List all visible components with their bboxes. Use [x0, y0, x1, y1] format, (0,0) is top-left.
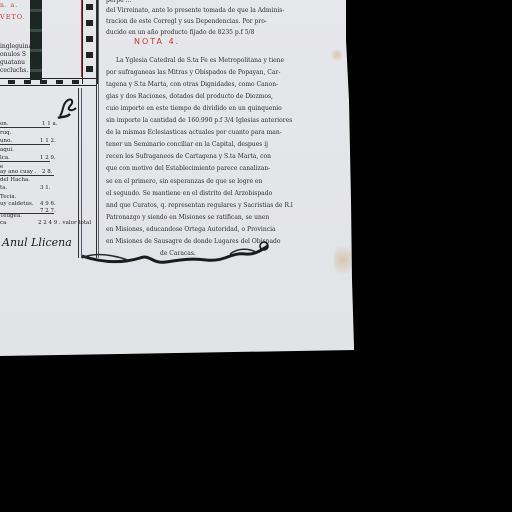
scroll-ornament-icon: [80, 236, 275, 266]
map-text: onulos S: [0, 52, 26, 58]
text-line: tagena y S.ta Marta, con otras Dignidade…: [106, 82, 278, 88]
document-paper: n. a. VETO. ingleguina. onulos S guatanu…: [0, 0, 512, 512]
column-rule: [96, 0, 97, 258]
text-line: en Misiones, educandose Ortega Autoridad…: [106, 227, 276, 233]
paper-edge-discoloration: [498, 0, 512, 512]
text-line: que con motivo del Establecimiento parec…: [106, 166, 270, 172]
table-row-label: del Hacha.: [0, 177, 30, 183]
map-border-bottom: [0, 78, 96, 86]
nota-heading: NOTA 4.: [134, 37, 180, 46]
text-line: recen los Sufraganeos de Cartagena y S.t…: [106, 154, 271, 160]
text-line: de la mismas Eclesiasticas actuales por …: [106, 130, 282, 136]
text-line: el segundo. Se mantiene en el distrito d…: [106, 191, 272, 197]
column-rule: [78, 88, 79, 258]
table-row-value: 2 2 4 9 . valor total: [38, 220, 91, 226]
text-line: perpe ...: [106, 0, 131, 4]
foxing-stain: [334, 240, 352, 280]
table-rule: [0, 175, 54, 176]
map-border-black: [30, 0, 42, 80]
table-rule: [0, 144, 50, 145]
text-line: cuio importe en este tiempo de dividido …: [106, 106, 282, 112]
map-text: guatanu: [0, 60, 25, 66]
map-text: cecluchs.: [0, 68, 28, 74]
text-line: del Virreinato, ante lo presente tomada …: [106, 8, 284, 14]
text-line: se en el primero, sin esperanzas de que …: [106, 179, 262, 185]
text-line: tracion de este Corregl y sus Dependenci…: [106, 19, 267, 25]
text-line: La Yglesia Catedral de S.ta Fe es Metrop…: [116, 58, 284, 64]
map-text: ingleguina.: [0, 44, 34, 50]
table-row-label: ta.: [0, 185, 7, 191]
table-rule: [0, 161, 50, 162]
map-fragment: n. a. VETO. ingleguina. onulos S guatanu…: [0, 0, 98, 86]
column-rule: [98, 0, 99, 258]
ornament-icon: [56, 96, 78, 120]
table-row-value: 4 9 6.: [40, 201, 56, 207]
map-label: VETO.: [0, 14, 26, 21]
map-label: n. a.: [0, 3, 18, 9]
table-row-label: ruq.: [0, 130, 11, 136]
table-row-label: ca: [0, 220, 6, 226]
text-line: sin importe la cantidad de 160.990 p.f 3…: [106, 118, 292, 124]
table-row-label: Tecia.: [0, 194, 16, 200]
column-rule: [81, 88, 82, 258]
text-line: nnd que Curatos, q. representan regulare…: [106, 203, 293, 209]
text-line: gias y dos Raciones, dotados del product…: [106, 94, 273, 100]
table-row-value: 3 1.: [40, 185, 51, 191]
table-row-label: uy caldetus.: [0, 201, 34, 207]
map-border-red: [43, 0, 83, 77]
table-rule: [0, 127, 50, 128]
text-line: tener un Seminario conciliar en la Capit…: [106, 142, 268, 148]
signature: Anul Llicena: [2, 236, 72, 249]
text-line: Patronazgo y siendo en Misiones se ratif…: [106, 215, 269, 221]
foxing-stain: [330, 48, 344, 62]
text-line: ducido en un año producto fijado de 8235…: [106, 30, 254, 36]
text-line: por sufraganeas las Mitras y Obispados d…: [106, 70, 280, 76]
table-row-label: aqui.: [0, 147, 14, 153]
table-row-label: Teugea.: [0, 213, 22, 219]
